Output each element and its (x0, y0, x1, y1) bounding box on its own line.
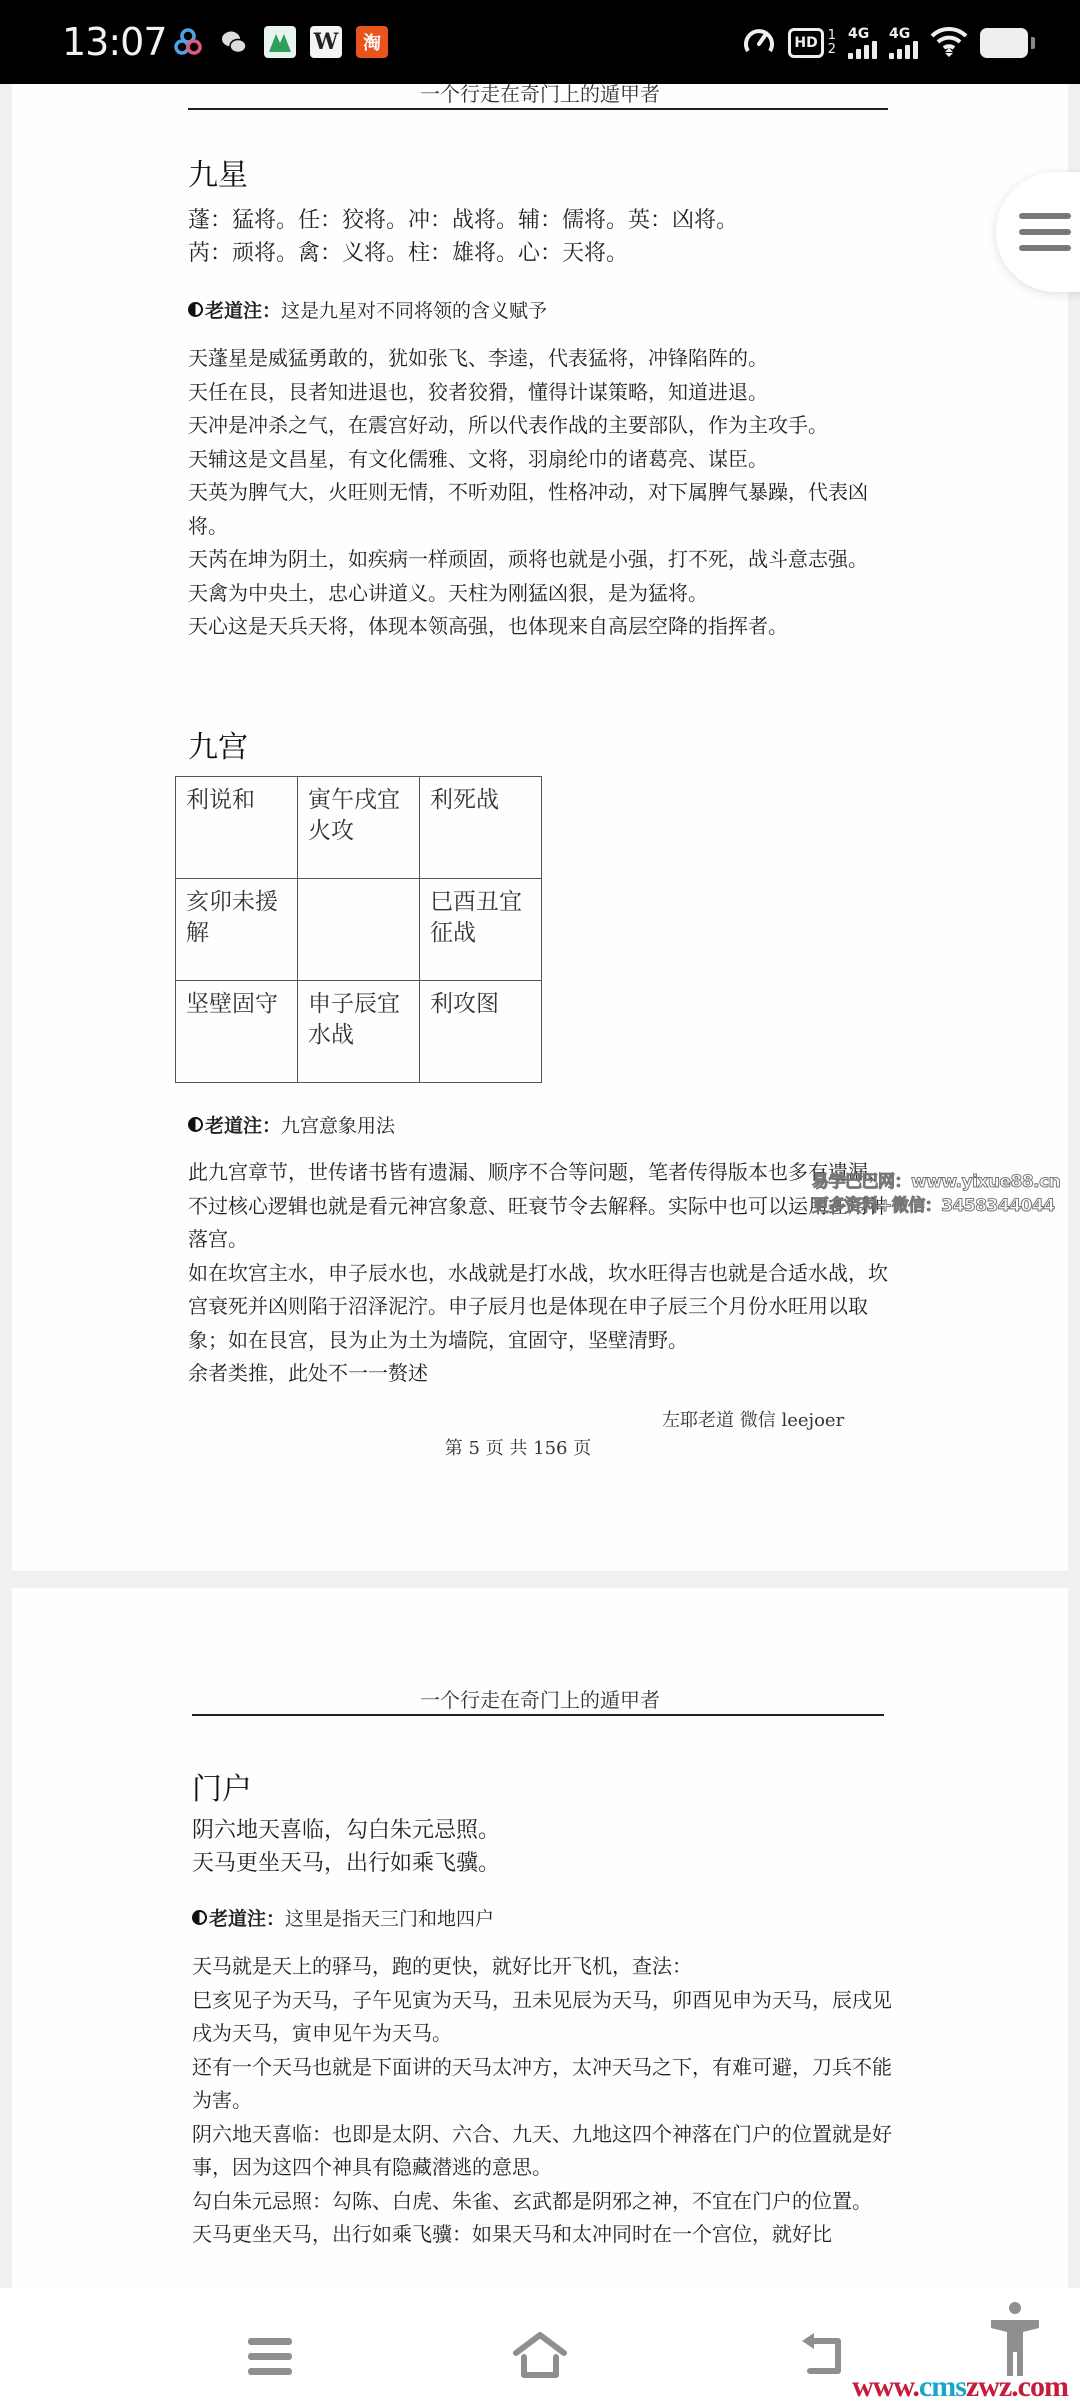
hd-sim-index: 12 (828, 29, 836, 57)
running-head: 一个行走在奇门上的遁甲者 (12, 1684, 1068, 1713)
header-rule (188, 108, 888, 110)
document-page: 一个行走在奇门上的遁甲者 九星 蓬：猛将。任：狡将。冲：战将。辅：儒将。英：凶将… (12, 84, 1068, 1571)
grid-cell (298, 879, 420, 981)
paragraph: 余者类推，此处不一一赘述 (188, 1357, 888, 1391)
baidu-netdisk-icon (172, 26, 204, 58)
data-speed-icon (742, 24, 776, 62)
paragraph: 如在坎宫主水，申子辰水也，水战就是打水战，坎水旺得吉也就是合适水战，坎宫衰死并凶… (188, 1257, 888, 1358)
verse-line: 芮：顽将。禽：义将。柱：雄将。心：天将。 (188, 237, 738, 270)
document-page: 一个行走在奇门上的遁甲者 门户 阴六地天喜临，勾白朱元忌照。 天马更坐天马，出行… (12, 1588, 1068, 2288)
author-note: 老道注： 这是九星对不同将领的含义赋予 (188, 296, 547, 323)
section-title: 门户 (192, 1764, 252, 1808)
system-status-icons: HD 12 4G 4G (742, 24, 1028, 62)
paragraph: 阴六地天喜临：也即是太阴、六合、九天、九地这四个神落在门户的位置就是好事，因为这… (192, 2118, 892, 2185)
paragraph-block: 天蓬星是威猛勇敢的，犹如张飞、李逵，代表猛将，冲锋陷阵的。 天任在艮，艮者知进退… (188, 342, 888, 644)
author-note: 老道注： 九宫意象用法 (188, 1111, 395, 1138)
back-icon (798, 2331, 852, 2381)
grid-cell: 坚壁固守 (176, 981, 298, 1083)
accessibility-icon (987, 2300, 1043, 2380)
note-text: 九宫意象用法 (281, 1111, 395, 1138)
note-label: 老道注： (205, 1111, 281, 1138)
yin-yang-icon (192, 1910, 207, 1925)
paragraph: 天芮在坤为阴土，如疾病一样顽固，顽将也就是小强，打不死，战斗意志强。 (188, 543, 888, 577)
author-note: 老道注： 这里是指天三门和地四户 (192, 1904, 494, 1931)
paragraph: 此九宫章节，世传诸书皆有遗漏、顺序不合等问题，笔者传得版本也多有遗漏，不过核心逻… (188, 1156, 888, 1257)
verse-block: 蓬：猛将。任：狡将。冲：战将。辅：儒将。英：凶将。 芮：顽将。禽：义将。柱：雄将… (188, 204, 738, 270)
grid-cell: 利说和 (176, 777, 298, 879)
verse-block: 阴六地天喜临，勾白朱元忌照。 天马更坐天马，出行如乘飞骥。 (192, 1814, 500, 1880)
wifi-icon (930, 25, 968, 61)
paragraph: 天英为脾气大，火旺则无情，不听劝阻，性格冲动，对下属脾气暴躁，代表凶将。 (188, 476, 888, 543)
note-text: 这里是指天三门和地四户 (285, 1904, 494, 1931)
site-watermark: 易学巴巴网：www.yixue88.cn 更多资料+微信：3458344044 (812, 1170, 1060, 1218)
hd-voice-icon: HD (788, 28, 823, 58)
section-title: 九星 (188, 150, 248, 194)
grid-cell: 利死战 (420, 777, 542, 879)
wps-icon: W (310, 26, 342, 58)
page-number: 第 5 页 共 156 页 (0, 1434, 1046, 1460)
note-label: 老道注： (205, 296, 281, 323)
home-icon (510, 2331, 570, 2381)
paragraph: 天心这是天兵天将，体现本领高强，也体现来自高层空降的指挥者。 (188, 610, 888, 644)
section-title: 九宫 (188, 722, 248, 766)
navigation-bar: www.cmszwz.com (0, 2288, 1080, 2408)
grid-cell: 寅午戌宜火攻 (298, 777, 420, 879)
author-signature: 左耶老道 微信 leejoer (662, 1406, 844, 1432)
paragraph: 勾白朱元忌照：勾陈、白虎、朱雀、玄武都是阴邪之神，不宜在门户的位置。 (192, 2185, 892, 2219)
nine-palace-grid: 利说和 寅午戌宜火攻 利死战 亥卯未援解 巳酉丑宜征战 坚壁固守 申子辰宜水战 … (175, 776, 542, 1083)
yin-yang-icon (188, 302, 203, 317)
brand-watermark: www.cmszwz.com (852, 2370, 1068, 2404)
running-head: 一个行走在奇门上的遁甲者 (12, 78, 1068, 107)
paragraph: 天马更坐天马，出行如乘飞骥：如果天马和太冲同时在一个宫位，就好比 (192, 2218, 892, 2252)
grid-cell: 巳酉丑宜征战 (420, 879, 542, 981)
maps-icon (264, 26, 296, 58)
taobao-icon: 淘 (356, 26, 388, 58)
recent-apps-button[interactable] (240, 2326, 300, 2386)
note-label: 老道注： (209, 1904, 285, 1931)
grid-cell: 利攻图 (420, 981, 542, 1083)
grid-cell: 申子辰宜水战 (298, 981, 420, 1083)
paragraph: 天蓬星是威猛勇敢的，犹如张飞、李逵，代表猛将，冲锋陷阵的。 (188, 342, 888, 376)
header-rule (192, 1714, 884, 1716)
verse-line: 蓬：猛将。任：狡将。冲：战将。辅：儒将。英：凶将。 (188, 204, 738, 237)
paragraph: 天辅这是文昌星，有文化儒雅、文将，羽扇纶巾的诸葛亮、谋臣。 (188, 443, 888, 477)
sim1-signal-icon: 4G (848, 27, 877, 59)
status-bar: 13:07 W 淘 HD 12 4G 4G (0, 0, 1080, 84)
verse-line: 天马更坐天马，出行如乘飞骥。 (192, 1847, 500, 1880)
paragraph: 天任在艮，艮者知进退也，狡者狡猾，懂得计谋策略，知道进退。 (188, 376, 888, 410)
menu-icon (1019, 213, 1071, 219)
paragraph: 天冲是冲杀之气，在震宫好动，所以代表作战的主要部队，作为主攻手。 (188, 409, 888, 443)
back-button[interactable] (795, 2326, 855, 2386)
paragraph: 天禽为中央土，忠心讲道义。天柱为刚猛凶狠，是为猛将。 (188, 577, 888, 611)
paragraph-block: 天马就是天上的驿马，跑的更快，就好比开飞机，查法： 巳亥见子为天马，子午见寅为天… (192, 1950, 892, 2252)
paragraph: 还有一个天马也就是下面讲的天马太冲方，太冲天马之下，有难可避，刀兵不能为害。 (192, 2051, 892, 2118)
paragraph: 天马就是天上的驿马，跑的更快，就好比开飞机，查法： (192, 1950, 892, 1984)
sim2-signal-icon: 4G (889, 27, 918, 59)
paragraph-block: 此九宫章节，世传诸书皆有遗漏、顺序不合等问题，笔者传得版本也多有遗漏，不过核心逻… (188, 1156, 888, 1391)
accessibility-button[interactable] (985, 2310, 1045, 2370)
battery-icon (980, 28, 1028, 58)
grid-cell: 亥卯未援解 (176, 879, 298, 981)
status-time: 13:07 (62, 20, 167, 64)
wechat-icon (218, 26, 250, 58)
recent-apps-icon (248, 2338, 292, 2345)
paragraph: 巳亥见子为天马，子午见寅为天马，丑未见辰为天马，卯酉见申为天马，辰戌见戌为天马，… (192, 1984, 892, 2051)
home-button[interactable] (510, 2326, 570, 2386)
verse-line: 阴六地天喜临，勾白朱元忌照。 (192, 1814, 500, 1847)
note-text: 这是九星对不同将领的含义赋予 (281, 296, 547, 323)
yin-yang-icon (188, 1117, 203, 1132)
notification-icons: W 淘 (172, 26, 388, 58)
